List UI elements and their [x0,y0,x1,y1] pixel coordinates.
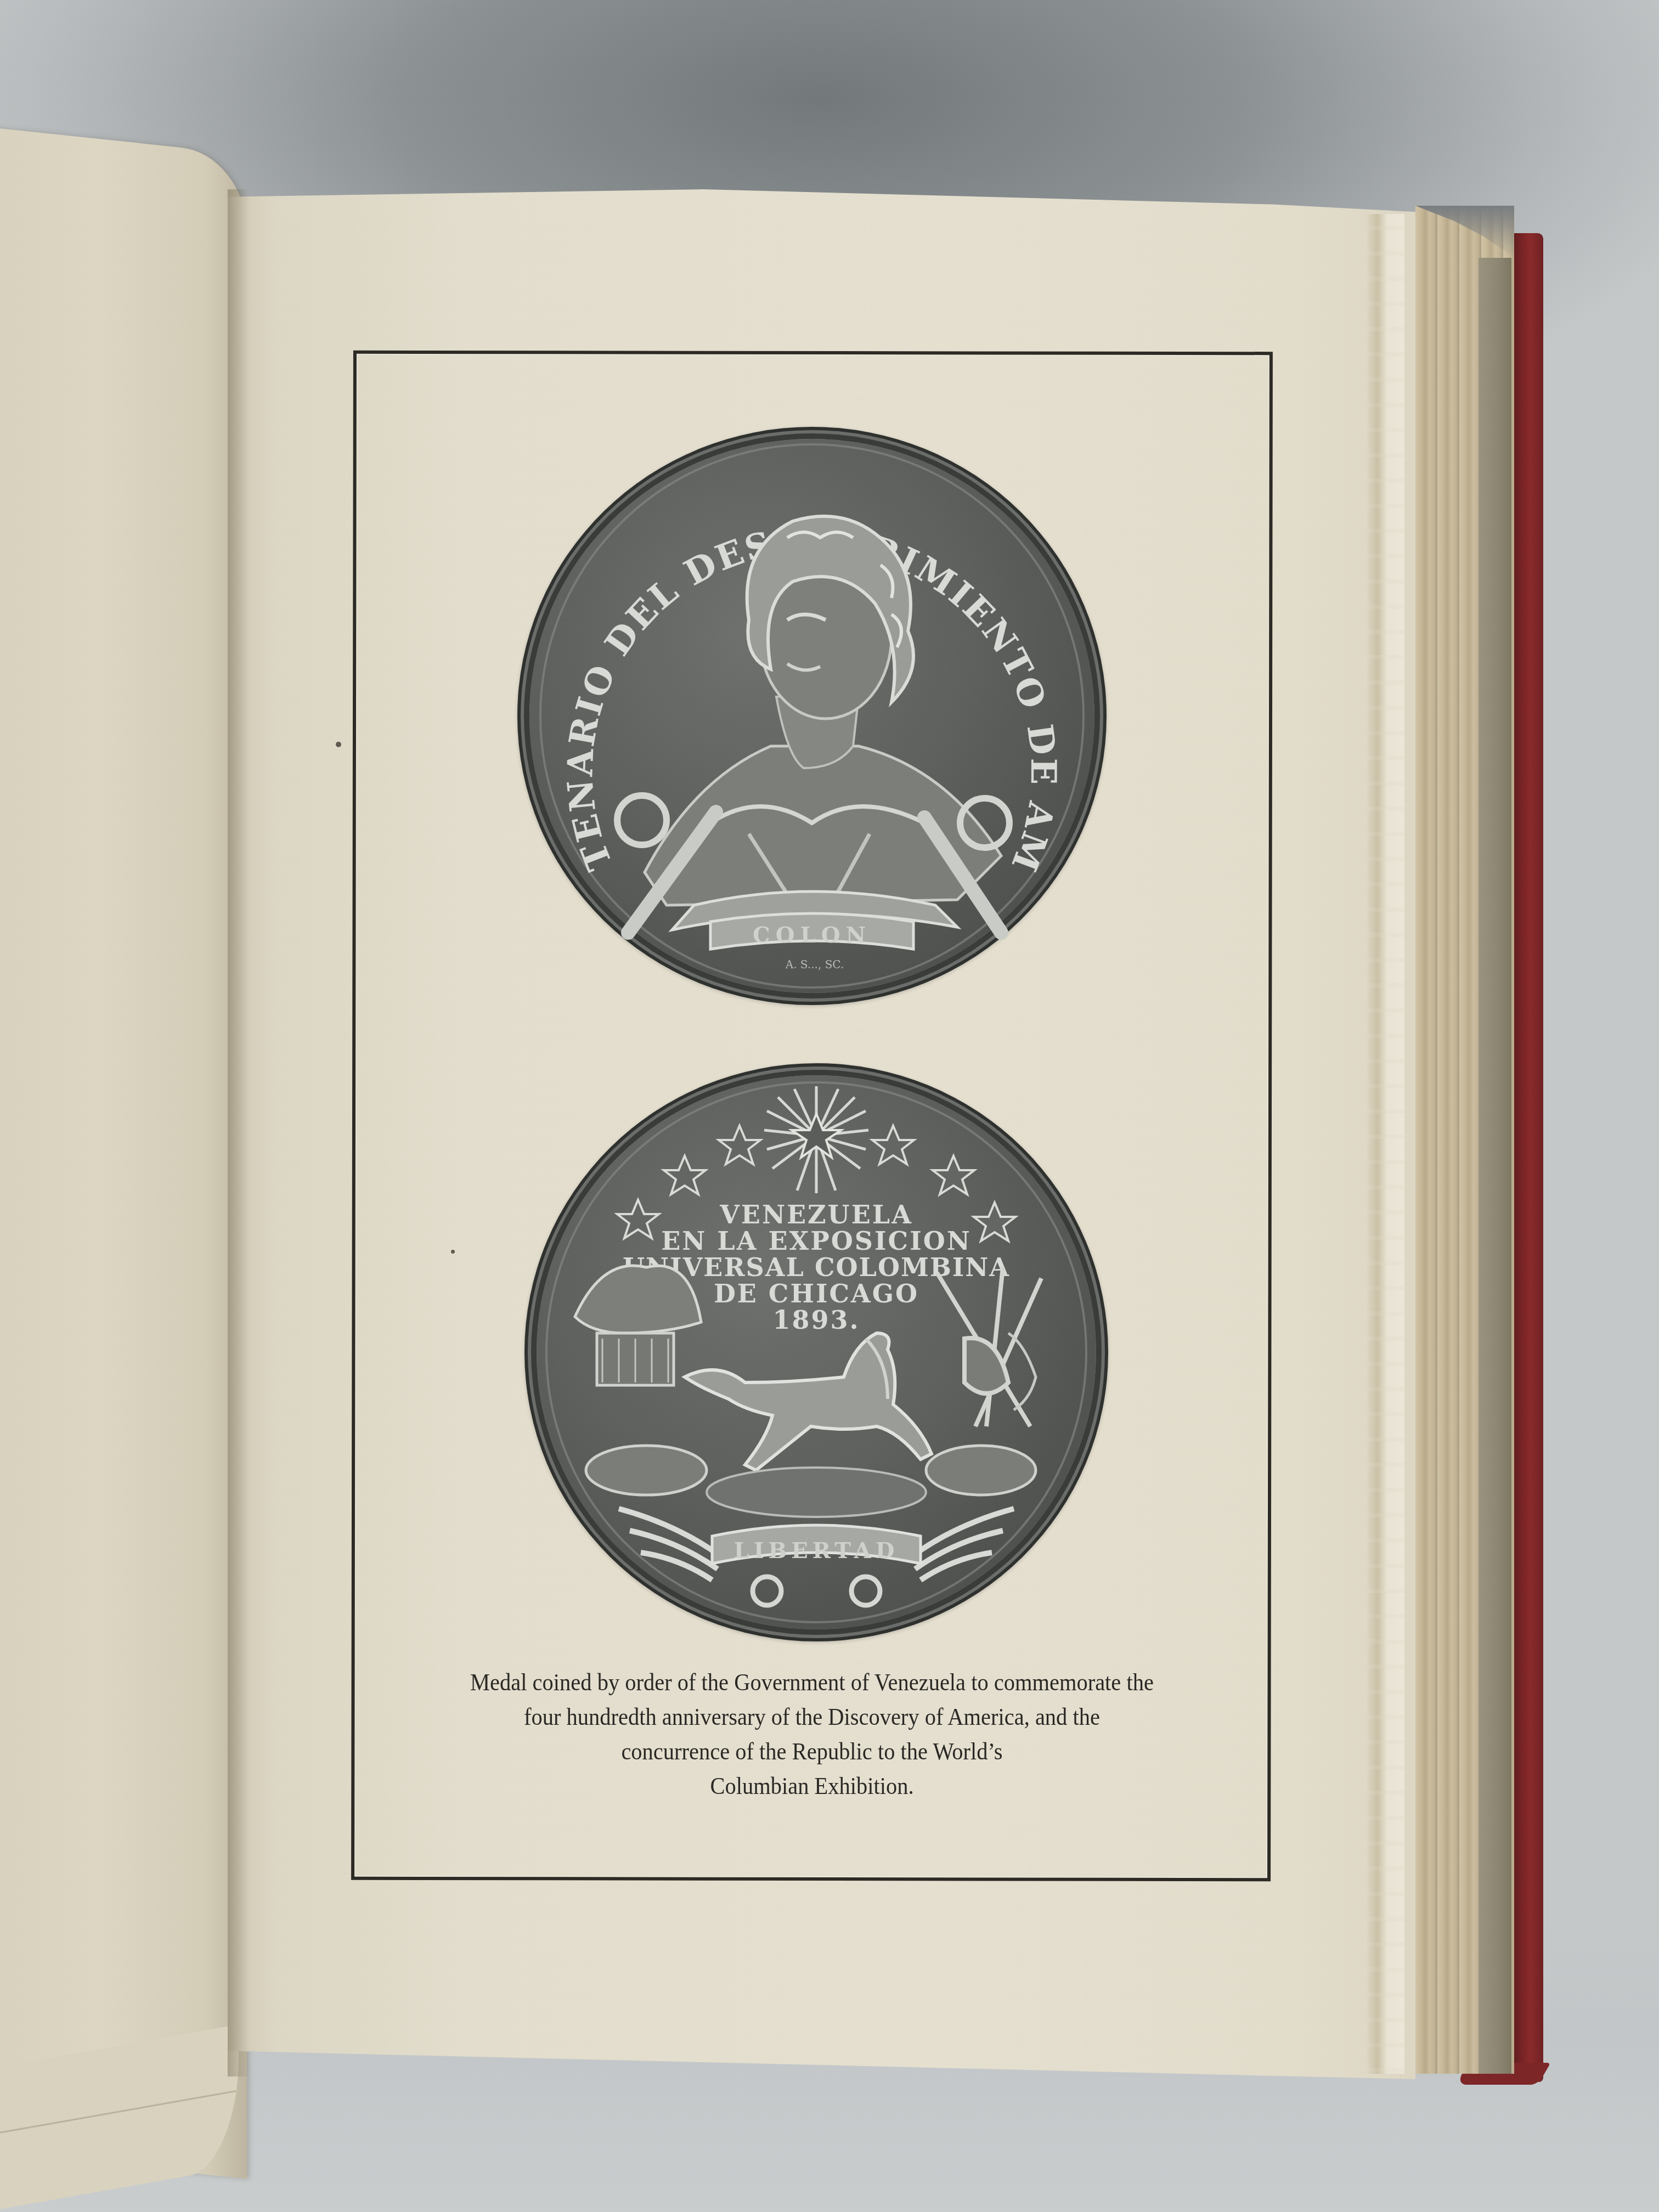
caption-line: Medal coined by order of the Government … [389,1665,1235,1700]
paper-speck [336,742,341,747]
plate-caption: Medal coined by order of the Government … [389,1665,1235,1803]
horse-icon [685,1333,932,1470]
svg-text:1893.: 1893. [772,1305,860,1335]
deckled-page-edge [1366,214,1404,2074]
wheat-sheaf-icon [575,1266,701,1385]
medal-ribbon-text: COLON [753,922,871,948]
svg-text:VENEZUELA: VENEZUELA [719,1200,913,1229]
venezuela-arms-icon: VENEZUELA EN LA EXPOSICION UNIVERSAL COL… [537,1075,1096,1629]
caption-line: four hundredth anniversary of the Discov… [389,1700,1235,1734]
trophy-of-arms-icon [937,1267,1041,1426]
medal-reverse: VENEZUELA EN LA EXPOSICION UNIVERSAL COL… [537,1075,1096,1629]
medal-obverse: IV CENTENARIO DEL DESCUBRIMIENTO DE AMER… [529,439,1094,993]
caption-line: Columbian Exhibition. [389,1769,1235,1803]
svg-text:EN LA EXPOSICION: EN LA EXPOSICION [661,1226,972,1256]
caption-line: concurrence of the Republic to the World… [389,1734,1235,1769]
engraver-signature: A. S..., SC. [785,958,844,971]
red-book-cover [1511,233,1543,2082]
left-page [0,126,247,2179]
columbus-portrait-icon: IV CENTENARIO DEL DESCUBRIMIENTO DE AMER… [529,439,1094,993]
svg-text:DE CHICAGO: DE CHICAGO [714,1279,919,1308]
gutter-shadow [228,189,250,2076]
medal-ribbon-text: LIBERTAD [734,1538,899,1564]
endpaper-edge [1479,258,1511,2074]
